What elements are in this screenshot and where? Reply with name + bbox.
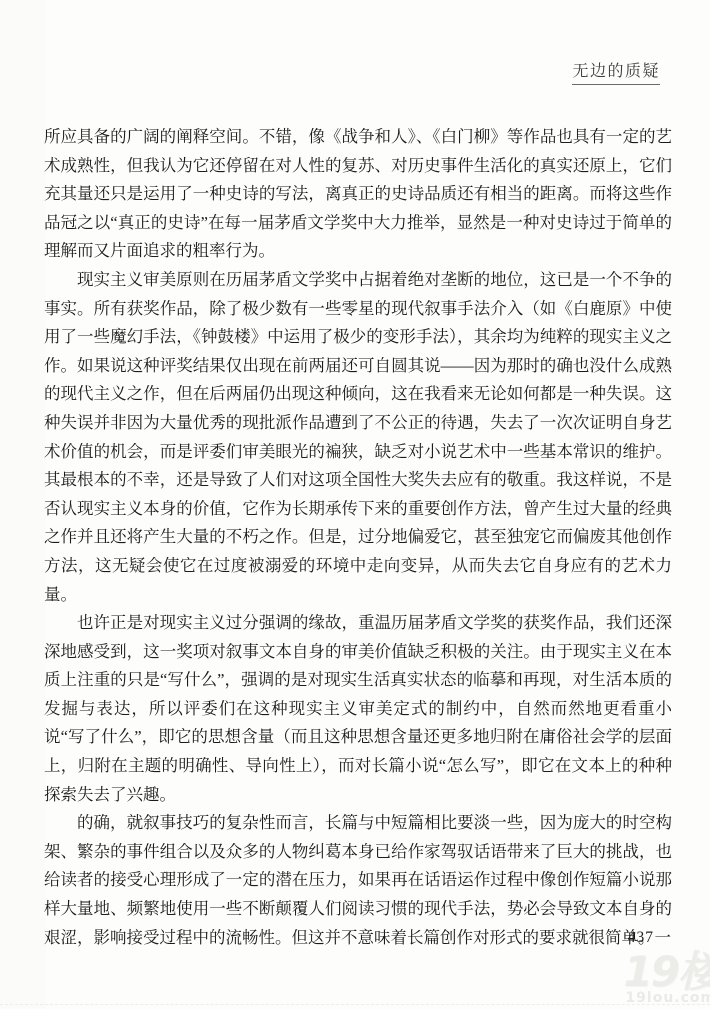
watermark: 19楼 19lou.com xyxy=(624,953,710,1006)
paragraph-3: 也许正是对现实主义过分强调的缘故，重温历届茅盾文学奖的获奖作品，我们还深深地感受… xyxy=(44,609,672,809)
page-header: 无边的质疑 xyxy=(44,58,660,85)
running-title: 无边的质疑 xyxy=(572,58,660,85)
page-number: 437 xyxy=(628,929,654,947)
body-text: 所应具备的广阔的阐释空间。不错，像《战争和人》、《白门柳》等作品也具有一定的艺术… xyxy=(44,123,672,952)
paragraph-4: 的确，就叙事技巧的复杂性而言，长篇与中短篇相比要淡一些，因为庞大的时空构架、繁杂… xyxy=(44,809,672,952)
paragraph-1: 所应具备的广阔的阐释空间。不错，像《战争和人》、《白门柳》等作品也具有一定的艺术… xyxy=(44,123,672,266)
19lou-logo: 19楼 xyxy=(624,953,710,991)
paragraph-2: 现实主义审美原则在历届茅盾文学奖中占据着绝对垄断的地位，这已是一个不争的事实。所… xyxy=(44,266,672,609)
scan-artifact-line xyxy=(0,1004,710,1005)
book-page: 无边的质疑 所应具备的广阔的阐释空间。不错，像《战争和人》、《白门柳》等作品也具… xyxy=(0,0,710,1009)
